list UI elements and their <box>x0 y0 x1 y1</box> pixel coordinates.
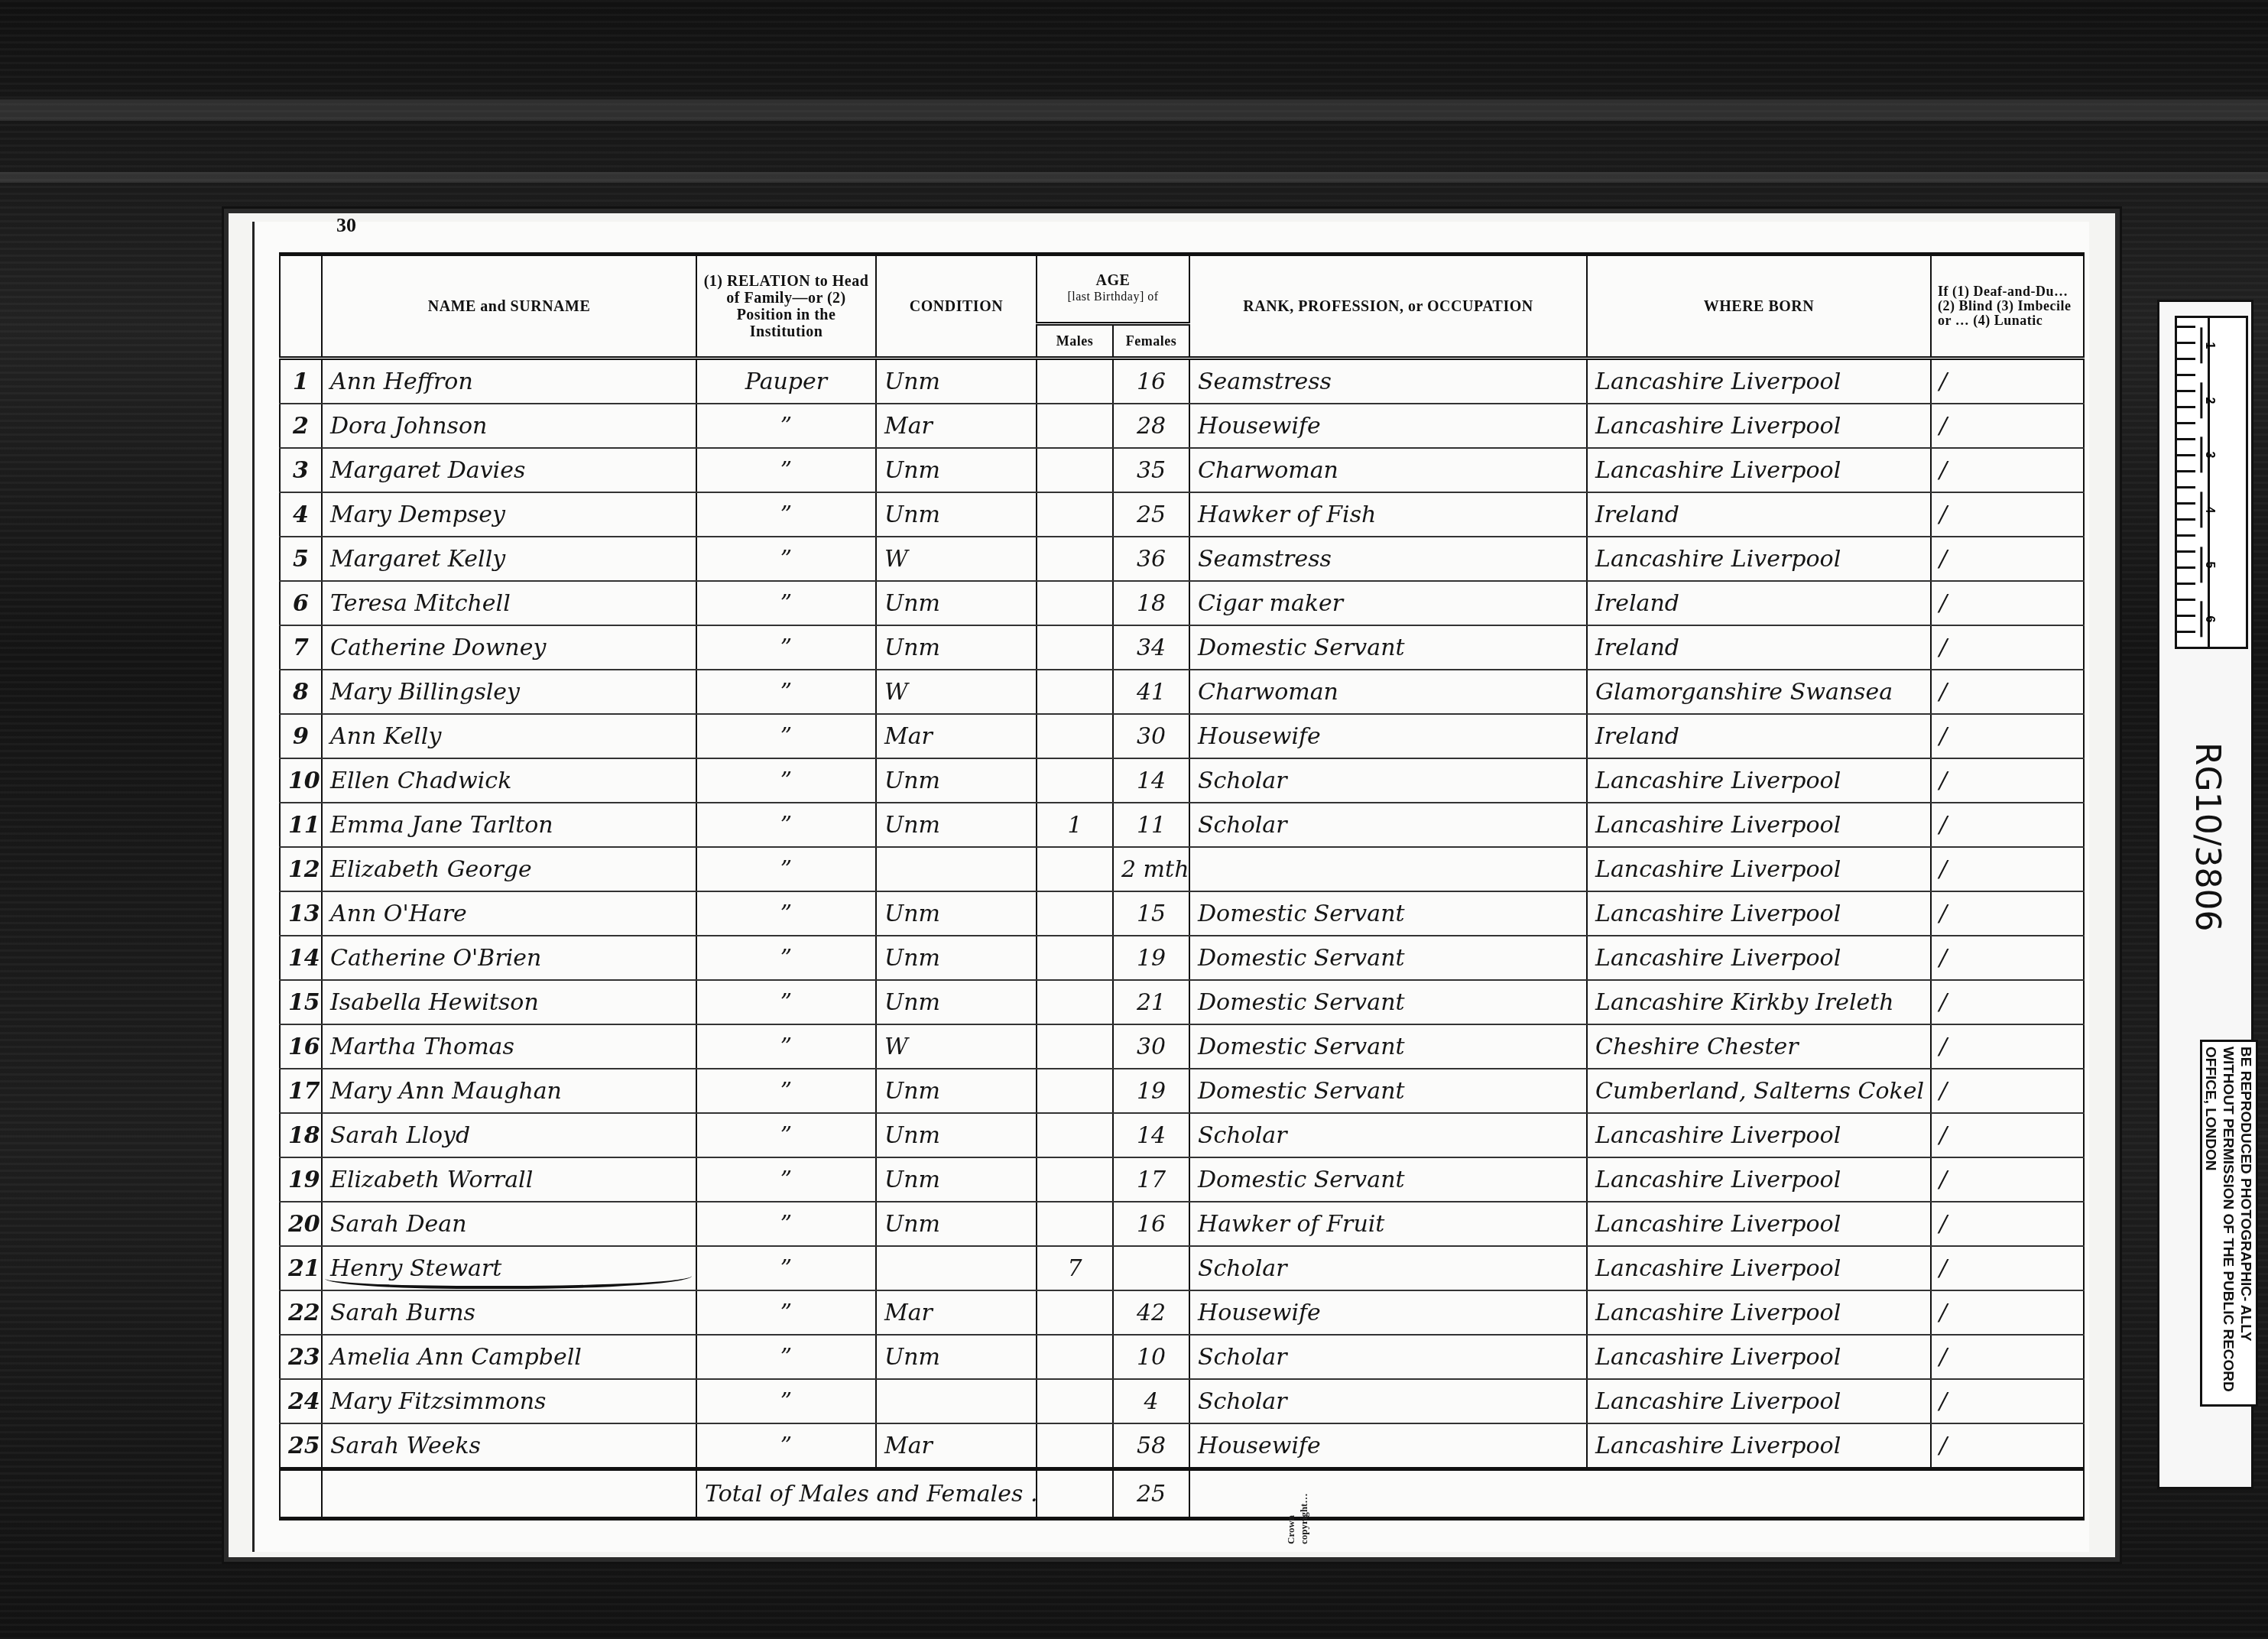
condition-cell: W <box>876 670 1037 714</box>
males-age-cell <box>1037 758 1113 803</box>
name-cell: Sarah Burns <box>322 1290 696 1335</box>
condition-cell: Unm <box>876 448 1037 492</box>
bottom-stamp: Crown copyright… <box>1284 1491 1376 1544</box>
where-born-cell: Glamorganshire Swansea <box>1587 670 1931 714</box>
name-cell: Margaret Davies <box>322 448 696 492</box>
row-number: 20 <box>280 1202 322 1246</box>
occupation-cell: Domestic Servant <box>1189 625 1587 670</box>
condition-cell: Unm <box>876 581 1037 625</box>
males-column-header: Males <box>1037 324 1113 359</box>
ruler-tick <box>2177 374 2195 376</box>
name-cell: Mary Fitzsimmons <box>322 1379 696 1423</box>
infirmity-cell: / <box>1931 1335 2084 1379</box>
table-row: 1Ann HeffronPauperUnm16SeamstressLancash… <box>280 359 2084 404</box>
row-number: 23 <box>280 1335 322 1379</box>
name-cell: Ann Heffron <box>322 359 696 404</box>
name-cell: Martha Thomas <box>322 1024 696 1069</box>
where-born-cell: Lancashire Liverpool <box>1587 1246 1931 1290</box>
occupation-cell: Scholar <box>1189 1246 1587 1290</box>
infirmity-cell: / <box>1931 803 2084 847</box>
where-born-cell: Lancashire Liverpool <box>1587 359 1931 404</box>
name-cell: Ann Kelly <box>322 714 696 758</box>
table-row: 3Margaret Davies”Unm35CharwomanLancashir… <box>280 448 2084 492</box>
where-born-cell: Lancashire Liverpool <box>1587 1202 1931 1246</box>
males-age-cell <box>1037 581 1113 625</box>
total-females: 25 <box>1113 1469 1189 1519</box>
ruler-number: 2 <box>2201 382 2256 418</box>
name-cell: Isabella Hewitson <box>322 980 696 1024</box>
relation-cell: ” <box>696 847 876 891</box>
relation-cell: ” <box>696 758 876 803</box>
condition-cell: Unm <box>876 1335 1037 1379</box>
row-number: 6 <box>280 581 322 625</box>
row-number: 14 <box>280 936 322 980</box>
females-age-cell: 28 <box>1113 404 1189 448</box>
where-born-cell: Lancashire Liverpool <box>1587 537 1931 581</box>
females-age-cell: 19 <box>1113 1069 1189 1113</box>
table-row: 12Elizabeth George”2 mthsLancashire Live… <box>280 847 2084 891</box>
where-born-column-header: WHERE BORN <box>1587 255 1931 359</box>
occupation-cell: Scholar <box>1189 1335 1587 1379</box>
infirmity-cell: / <box>1931 448 2084 492</box>
name-cell: Mary Dempsey <box>322 492 696 537</box>
ruler-tick <box>2177 454 2195 456</box>
infirmity-cell: / <box>1931 980 2084 1024</box>
occupation-cell: Seamstress <box>1189 359 1587 404</box>
where-born-cell: Lancashire Liverpool <box>1587 936 1931 980</box>
row-number: 8 <box>280 670 322 714</box>
where-born-cell: Lancashire Liverpool <box>1587 1379 1931 1423</box>
name-cell: Elizabeth George <box>322 847 696 891</box>
row-number: 10 <box>280 758 322 803</box>
ruler-tick <box>2177 342 2195 344</box>
age-column-header: AGE [last Birthday] of <box>1037 255 1189 324</box>
occupation-cell: Domestic Servant <box>1189 1157 1587 1202</box>
ruler-tick <box>2177 631 2195 633</box>
relation-cell: ” <box>696 670 876 714</box>
relation-cell: ” <box>696 714 876 758</box>
infirmity-cell: / <box>1931 670 2084 714</box>
relation-cell: ” <box>696 1290 876 1335</box>
males-age-cell: 1 <box>1037 803 1113 847</box>
relation-cell: ” <box>696 581 876 625</box>
row-number: 25 <box>280 1423 322 1469</box>
row-number: 19 <box>280 1157 322 1202</box>
ruler-tick <box>2177 422 2195 424</box>
males-age-cell <box>1037 492 1113 537</box>
ruler-number: 1 <box>2201 327 2256 363</box>
ruler-tick <box>2177 534 2195 537</box>
condition-cell: Unm <box>876 758 1037 803</box>
relation-cell: ” <box>696 1157 876 1202</box>
total-label: Total of Males and Females . . <box>696 1469 1037 1519</box>
header-row: NAME and SURNAME (1) RELATION to Head of… <box>280 255 2084 324</box>
name-cell: Teresa Mitchell <box>322 581 696 625</box>
infirmity-cell: / <box>1931 1246 2084 1290</box>
males-age-cell <box>1037 359 1113 404</box>
infirmity-cell: / <box>1931 758 2084 803</box>
ruler-tick <box>2177 358 2195 360</box>
occupation-column-header: RANK, PROFESSION, or OCCUPATION <box>1189 255 1587 359</box>
condition-column-header: CONDITION <box>876 255 1037 359</box>
infirmity-cell: / <box>1931 1069 2084 1113</box>
name-column-header: NAME and SURNAME <box>322 255 696 359</box>
table-row: 15Isabella Hewitson”Unm21Domestic Servan… <box>280 980 2084 1024</box>
row-number: 1 <box>280 359 322 404</box>
relation-cell: ” <box>696 1024 876 1069</box>
females-age-cell: 18 <box>1113 581 1189 625</box>
row-number: 5 <box>280 537 322 581</box>
females-age-cell: 19 <box>1113 936 1189 980</box>
row-number: 15 <box>280 980 322 1024</box>
relation-cell: Pauper <box>696 359 876 404</box>
females-age-cell: 42 <box>1113 1290 1189 1335</box>
ruler-tick <box>2177 518 2195 521</box>
infirmity-cell: / <box>1931 1113 2084 1157</box>
where-born-cell: Lancashire Liverpool <box>1587 847 1931 891</box>
where-born-cell: Lancashire Liverpool <box>1587 891 1931 936</box>
scan-artifact-band <box>0 172 2268 183</box>
row-number: 13 <box>280 891 322 936</box>
archive-reference: RG10/3806 <box>2172 711 2241 963</box>
relation-cell: ” <box>696 1246 876 1290</box>
condition-cell: Unm <box>876 359 1037 404</box>
females-age-cell: 21 <box>1113 980 1189 1024</box>
males-age-cell <box>1037 1069 1113 1113</box>
name-cell: Catherine Downey <box>322 625 696 670</box>
infirmity-cell: / <box>1931 1157 2084 1202</box>
name-cell: Ellen Chadwick <box>322 758 696 803</box>
table-row: 24Mary Fitzsimmons”4ScholarLancashire Li… <box>280 1379 2084 1423</box>
females-age-cell: 16 <box>1113 1202 1189 1246</box>
relation-cell: ” <box>696 448 876 492</box>
males-age-cell <box>1037 847 1113 891</box>
condition-cell: Unm <box>876 803 1037 847</box>
scan-artifact-band <box>0 99 2268 121</box>
table-row: 23Amelia Ann Campbell”Unm10ScholarLancas… <box>280 1335 2084 1379</box>
occupation-cell: Scholar <box>1189 803 1587 847</box>
infirmity-cell: / <box>1931 1379 2084 1423</box>
infirmity-cell: / <box>1931 404 2084 448</box>
occupation-cell: Seamstress <box>1189 537 1587 581</box>
condition-cell: Unm <box>876 1157 1037 1202</box>
relation-cell: ” <box>696 803 876 847</box>
ruler-tick <box>2177 615 2195 617</box>
where-born-cell: Lancashire Liverpool <box>1587 803 1931 847</box>
condition-cell: W <box>876 1024 1037 1069</box>
males-age-cell <box>1037 625 1113 670</box>
name-cell: Sarah Weeks <box>322 1423 696 1469</box>
females-age-cell: 36 <box>1113 537 1189 581</box>
table-row: 5Margaret Kelly”W36SeamstressLancashire … <box>280 537 2084 581</box>
occupation-cell: Housewife <box>1189 714 1587 758</box>
row-number: 18 <box>280 1113 322 1157</box>
condition-cell: Unm <box>876 980 1037 1024</box>
ruler-ticks <box>2177 318 2210 647</box>
table-row: 7Catherine Downey”Unm34Domestic ServantI… <box>280 625 2084 670</box>
row-number-header <box>280 255 322 359</box>
females-age-cell: 34 <box>1113 625 1189 670</box>
row-number: 7 <box>280 625 322 670</box>
infirmity-cell: / <box>1931 847 2084 891</box>
where-born-cell: Lancashire Liverpool <box>1587 448 1931 492</box>
females-age-cell: 4 <box>1113 1379 1189 1423</box>
table-row: 4Mary Dempsey”Unm25Hawker of FishIreland… <box>280 492 2084 537</box>
table-row: 13Ann O'Hare”Unm15Domestic ServantLancas… <box>280 891 2084 936</box>
ruler-tick <box>2177 390 2195 392</box>
name-cell: Dora Johnson <box>322 404 696 448</box>
infirmity-cell: / <box>1931 492 2084 537</box>
females-age-cell: 30 <box>1113 714 1189 758</box>
table-row: 6Teresa Mitchell”Unm18Cigar makerIreland… <box>280 581 2084 625</box>
copyright-notice: BE REPRODUCED PHOTOGRAPHIC- ALLY WITHOUT… <box>2200 1040 2258 1407</box>
occupation-cell: Hawker of Fruit <box>1189 1202 1587 1246</box>
condition-cell: Unm <box>876 1069 1037 1113</box>
where-born-cell: Ireland <box>1587 492 1931 537</box>
name-cell: Mary Billingsley <box>322 670 696 714</box>
occupation-cell: Domestic Servant <box>1189 891 1587 936</box>
table-row: 25Sarah Weeks”Mar58HousewifeLancashire L… <box>280 1423 2084 1469</box>
infirmity-cell: / <box>1931 359 2084 404</box>
total-males <box>1037 1469 1113 1519</box>
row-number: 12 <box>280 847 322 891</box>
ruler-tick <box>2177 486 2195 488</box>
ruler-scale: 123456 <box>2175 316 2248 649</box>
row-number: 24 <box>280 1379 322 1423</box>
condition-cell: Mar <box>876 1290 1037 1335</box>
condition-cell: Unm <box>876 1113 1037 1157</box>
females-age-cell: 17 <box>1113 1157 1189 1202</box>
ruler-number: 3 <box>2201 437 2256 473</box>
relation-cell: ” <box>696 980 876 1024</box>
relation-cell: ” <box>696 1423 876 1469</box>
table-row: 16Martha Thomas”W30Domestic ServantChesh… <box>280 1024 2084 1069</box>
males-age-cell <box>1037 714 1113 758</box>
name-cell: Sarah Dean <box>322 1202 696 1246</box>
females-age-cell: 2 mths <box>1113 847 1189 891</box>
name-cell: Ann O'Hare <box>322 891 696 936</box>
ruler-tick <box>2177 566 2195 569</box>
where-born-cell: Lancashire Liverpool <box>1587 1157 1931 1202</box>
page-number: 30 <box>336 214 356 237</box>
row-number: 21 <box>280 1246 322 1290</box>
occupation-cell: Hawker of Fish <box>1189 492 1587 537</box>
males-age-cell <box>1037 1335 1113 1379</box>
relation-cell: ” <box>696 492 876 537</box>
ruler-tick <box>2177 326 2195 328</box>
table-row: 17Mary Ann Maughan”Unm19Domestic Servant… <box>280 1069 2084 1113</box>
males-age-cell <box>1037 1157 1113 1202</box>
table-row: 10Ellen Chadwick”Unm14ScholarLancashire … <box>280 758 2084 803</box>
where-born-cell: Lancashire Liverpool <box>1587 1423 1931 1469</box>
females-age-cell: 58 <box>1113 1423 1189 1469</box>
name-cell: Elizabeth Worrall <box>322 1157 696 1202</box>
total-row: Total of Males and Females . . 25 <box>280 1469 2084 1519</box>
condition-cell <box>876 847 1037 891</box>
males-age-cell <box>1037 980 1113 1024</box>
condition-cell: Mar <box>876 1423 1037 1469</box>
where-born-cell: Lancashire Kirkby Ireleth <box>1587 980 1931 1024</box>
males-age-cell <box>1037 1290 1113 1335</box>
condition-cell: Unm <box>876 492 1037 537</box>
row-number: 2 <box>280 404 322 448</box>
males-age-cell <box>1037 404 1113 448</box>
name-cell: Amelia Ann Campbell <box>322 1335 696 1379</box>
occupation-cell <box>1189 847 1587 891</box>
females-age-cell: 16 <box>1113 359 1189 404</box>
condition-cell: Mar <box>876 714 1037 758</box>
table-row: 8Mary Billingsley”W41CharwomanGlamorgans… <box>280 670 2084 714</box>
name-cell: Catherine O'Brien <box>322 936 696 980</box>
row-number: 9 <box>280 714 322 758</box>
infirmity-cell: / <box>1931 625 2084 670</box>
relation-cell: ” <box>696 625 876 670</box>
relation-cell: ” <box>696 1069 876 1113</box>
females-age-cell: 14 <box>1113 1113 1189 1157</box>
table-row: 9Ann Kelly”Mar30HousewifeIreland/ <box>280 714 2084 758</box>
infirmity-cell: / <box>1931 581 2084 625</box>
occupation-cell: Domestic Servant <box>1189 936 1587 980</box>
males-age-cell <box>1037 1423 1113 1469</box>
occupation-cell: Scholar <box>1189 758 1587 803</box>
table-row: 11Emma Jane Tarlton”Unm111ScholarLancash… <box>280 803 2084 847</box>
ruler-numbers: 123456 <box>2210 318 2246 647</box>
age-subtitle: [last Birthday] of <box>1040 289 1186 306</box>
where-born-cell: Cumberland, Salterns Cokel <box>1587 1069 1931 1113</box>
relation-cell: ” <box>696 936 876 980</box>
where-born-cell: Ireland <box>1587 625 1931 670</box>
occupation-cell: Domestic Servant <box>1189 1069 1587 1113</box>
ruler-number: 5 <box>2201 547 2256 583</box>
occupation-cell: Charwoman <box>1189 448 1587 492</box>
relation-cell: ” <box>696 537 876 581</box>
occupation-cell: Domestic Servant <box>1189 1024 1587 1069</box>
where-born-cell: Lancashire Liverpool <box>1587 404 1931 448</box>
ruler-tick <box>2177 502 2195 505</box>
ruler-tick <box>2177 438 2195 440</box>
relation-column-header: (1) RELATION to Head of Family—or (2) Po… <box>696 255 876 359</box>
table-row: 19Elizabeth Worrall”Unm17Domestic Servan… <box>280 1157 2084 1202</box>
census-table: NAME and SURNAME (1) RELATION to Head of… <box>279 252 2085 1521</box>
name-cell: Sarah Lloyd <box>322 1113 696 1157</box>
name-cell: Emma Jane Tarlton <box>322 803 696 847</box>
relation-cell: ” <box>696 1379 876 1423</box>
males-age-cell <box>1037 537 1113 581</box>
males-age-cell <box>1037 448 1113 492</box>
infirmity-cell: / <box>1931 936 2084 980</box>
relation-cell: ” <box>696 1335 876 1379</box>
infirmity-cell: / <box>1931 1423 2084 1469</box>
condition-cell: W <box>876 537 1037 581</box>
occupation-cell: Scholar <box>1189 1113 1587 1157</box>
ruler-tick <box>2177 550 2195 553</box>
where-born-cell: Lancashire Liverpool <box>1587 1113 1931 1157</box>
males-age-cell <box>1037 936 1113 980</box>
occupation-cell: Charwoman <box>1189 670 1587 714</box>
ruler-tick <box>2177 470 2195 472</box>
condition-cell: Unm <box>876 891 1037 936</box>
males-age-cell <box>1037 670 1113 714</box>
infirmity-cell: / <box>1931 714 2084 758</box>
table-row: 18Sarah Lloyd”Unm14ScholarLancashire Liv… <box>280 1113 2084 1157</box>
where-born-cell: Lancashire Liverpool <box>1587 758 1931 803</box>
relation-cell: ” <box>696 1113 876 1157</box>
table-row: 22Sarah Burns”Mar42HousewifeLancashire L… <box>280 1290 2084 1335</box>
females-age-cell: 30 <box>1113 1024 1189 1069</box>
census-body: 1Ann HeffronPauperUnm16SeamstressLancash… <box>280 359 2084 1469</box>
table-row: 2Dora Johnson”Mar28HousewifeLancashire L… <box>280 404 2084 448</box>
infirmity-cell: / <box>1931 1290 2084 1335</box>
infirmity-cell: / <box>1931 1202 2084 1246</box>
where-born-cell: Cheshire Chester <box>1587 1024 1931 1069</box>
where-born-cell: Ireland <box>1587 581 1931 625</box>
age-title: AGE <box>1040 272 1186 289</box>
where-born-cell: Ireland <box>1587 714 1931 758</box>
name-underline-mark <box>325 1263 692 1289</box>
condition-cell: Mar <box>876 404 1037 448</box>
males-age-cell: 7 <box>1037 1246 1113 1290</box>
females-age-cell <box>1113 1246 1189 1290</box>
females-age-cell: 35 <box>1113 448 1189 492</box>
males-age-cell <box>1037 1379 1113 1423</box>
relation-cell: ” <box>696 1202 876 1246</box>
condition-cell: Unm <box>876 1202 1037 1246</box>
row-number: 11 <box>280 803 322 847</box>
males-age-cell <box>1037 1202 1113 1246</box>
occupation-cell: Scholar <box>1189 1379 1587 1423</box>
relation-cell: ” <box>696 404 876 448</box>
males-age-cell <box>1037 1113 1113 1157</box>
occupation-cell: Cigar maker <box>1189 581 1587 625</box>
infirmity-cell: / <box>1931 891 2084 936</box>
row-number: 16 <box>280 1024 322 1069</box>
where-born-cell: Lancashire Liverpool <box>1587 1290 1931 1335</box>
row-number: 3 <box>280 448 322 492</box>
females-age-cell: 10 <box>1113 1335 1189 1379</box>
males-age-cell <box>1037 1024 1113 1069</box>
infirmity-cell: / <box>1931 1024 2084 1069</box>
name-cell: Margaret Kelly <box>322 537 696 581</box>
total-rownum <box>280 1469 322 1519</box>
occupation-cell: Domestic Servant <box>1189 980 1587 1024</box>
condition-cell: Unm <box>876 625 1037 670</box>
ruler-tick <box>2177 583 2195 585</box>
ruler-tick <box>2177 406 2195 408</box>
females-age-cell: 25 <box>1113 492 1189 537</box>
table-row: 14Catherine O'Brien”Unm19Domestic Servan… <box>280 936 2084 980</box>
females-age-cell: 11 <box>1113 803 1189 847</box>
name-cell: Mary Ann Maughan <box>322 1069 696 1113</box>
infirmity-column-header: If (1) Deaf-and-Du… (2) Blind (3) Imbeci… <box>1931 255 2084 359</box>
row-number: 22 <box>280 1290 322 1335</box>
females-age-cell: 41 <box>1113 670 1189 714</box>
relation-cell: ” <box>696 891 876 936</box>
row-number: 4 <box>280 492 322 537</box>
ruler-tick <box>2177 599 2195 601</box>
where-born-cell: Lancashire Liverpool <box>1587 1335 1931 1379</box>
infirmity-cell: / <box>1931 537 2084 581</box>
occupation-cell: Housewife <box>1189 404 1587 448</box>
females-age-cell: 14 <box>1113 758 1189 803</box>
total-spacer <box>322 1469 696 1519</box>
males-age-cell <box>1037 891 1113 936</box>
row-number: 17 <box>280 1069 322 1113</box>
occupation-cell: Housewife <box>1189 1423 1587 1469</box>
table-row: 20Sarah Dean”Unm16Hawker of FruitLancash… <box>280 1202 2084 1246</box>
ruler-number: 6 <box>2201 602 2256 638</box>
females-age-cell: 15 <box>1113 891 1189 936</box>
ruler-number: 4 <box>2201 492 2256 527</box>
